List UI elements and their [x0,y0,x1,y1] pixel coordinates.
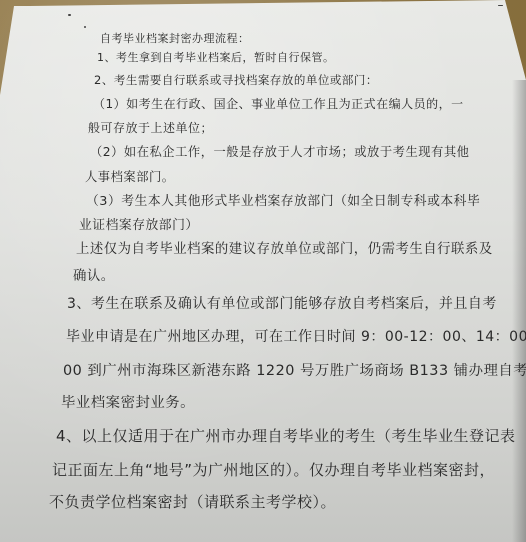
paper-speck [68,14,71,16]
step-3-line-4: 毕业档案密封业务。 [61,391,195,412]
step-3-line-1: 3、考生在联系及确认有单位或部门能够存放自考档案后，并且自考 [67,293,497,313]
note-line-1: 上述仅为自考毕业档案的建议存放单位或部门，仍需考生自行联系及 [76,238,493,257]
step-2: 2、考生需要自行联系或寻找档案存放的单位或部门： [94,72,378,88]
paper-speck [498,5,503,6]
step-4-line-2: 记正面左上角“地号”为广州地区的）。仅办理自考毕业档案密封， [52,459,495,480]
option-1-line-1: （1）如考生在行政、国企、事业单位工作且为正式在编人员的，一 [93,95,464,112]
option-2-line-2: 人事档案部门。 [85,167,175,185]
step-3-line-2: 毕业申请是在广州地区办理，可在工作日时间 9：00-12：00、14：00-18… [66,326,526,346]
step-1: 1、考生拿到自考毕业档案后，暂时自行保管。 [97,49,335,65]
step-4-line-3: 不负责学位档案密封（请联系主考学校）。 [49,491,336,512]
option-1-line-2: 般可存放于上述单位； [88,119,213,136]
document-title: 自考毕业档案封密办理流程： [100,30,250,46]
option-2-line-1: （2）如在私企工作，一般是存放于人才市场；或放于考生现有其他 [90,142,469,160]
note-line-2: 确认。 [73,265,115,284]
option-3-line-2: 业证档案存放部门） [79,214,199,233]
option-3-line-1: （3）考生本人其他形式毕业档案存放部门（如全日制专科或本科毕 [86,190,480,209]
paper-speck [84,26,86,28]
step-3-line-3: 00 到广州市海珠区新港东路 1220 号万胜广场商场 B133 铺办理自考 [63,359,526,380]
step-4-line-1: 4、以上仅适用于在广州市办理自考毕业的考生（考生毕业生登记表 [56,425,516,446]
